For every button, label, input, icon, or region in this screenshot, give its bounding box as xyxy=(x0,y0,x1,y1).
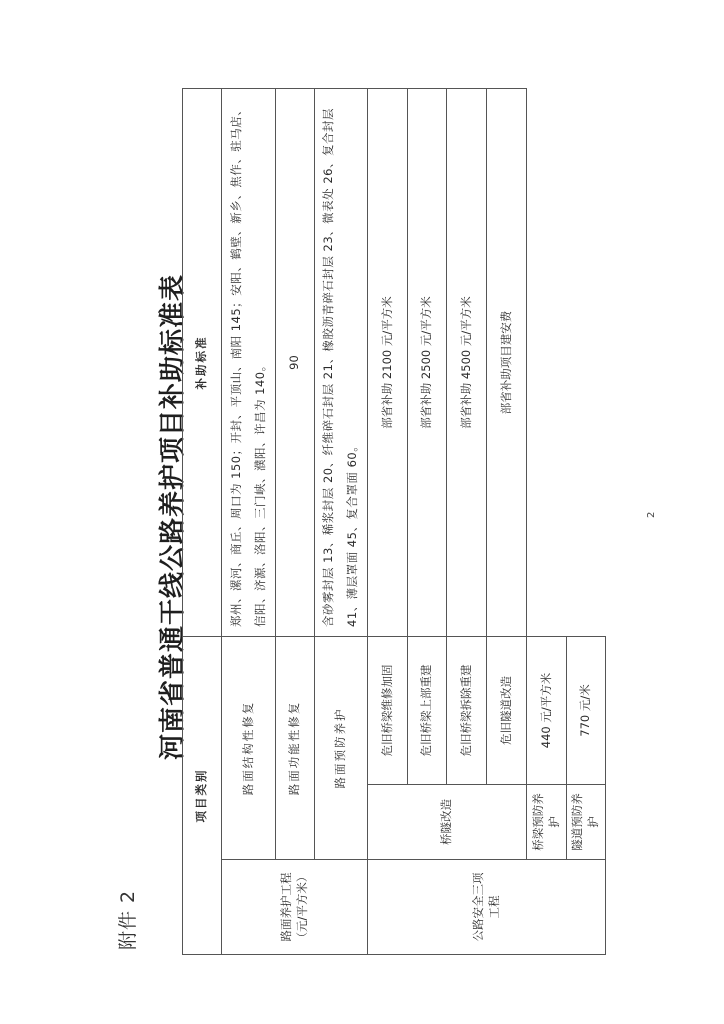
table-row: 路面养护工程 （元/平方米） 路面结构性修复 郑州、漯河、商丘、周口为 150；… xyxy=(222,88,276,954)
item-cell: 桥梁预防养护 xyxy=(527,785,567,860)
table-row: 公路安全三项 工程 桥隧改造 危旧桥梁维修加固 部省补助 2100 元/平方米 xyxy=(368,88,408,954)
standard-cell: 770 元/米 xyxy=(567,636,606,784)
item-cell: 隧道预防养护 xyxy=(567,785,606,860)
standard-cell: 部省补助项目建安费 xyxy=(487,88,527,636)
table-row: 路面功能性修复 90 xyxy=(276,88,315,954)
subsidy-standard-table: 项目类别 补助标准 路面养护工程 （元/平方米） 路面结构性修复 郑州、漯河、商… xyxy=(182,89,605,955)
standard-cell: 郑州、漯河、商丘、周口为 150；开封、平顶山、南阳 145；安阳、鹤壁、新乡、… xyxy=(222,88,276,636)
standard-cell: 含砂雾封层 13、稀浆封层 20、纤维碎石封层 21、橡胶沥青碎石封层 23、微… xyxy=(315,88,368,636)
item-cell: 危旧桥梁维修加固 xyxy=(368,636,408,784)
table-row: 隧道预防养护 770 元/米 xyxy=(567,88,606,954)
category-safety-line2: 工程 xyxy=(487,866,503,948)
table-row: 桥梁预防养护 440 元/平方米 xyxy=(527,88,567,954)
category-pavement-line2: （元/平方米） xyxy=(295,866,311,948)
category-pavement-line1: 路面养护工程 xyxy=(279,866,295,948)
item-cell: 危旧桥梁上部重建 xyxy=(408,636,447,784)
category-pavement: 路面养护工程 （元/平方米） xyxy=(222,860,368,955)
page-number: 2 xyxy=(646,498,660,518)
item-cell: 路面结构性修复 xyxy=(222,636,276,859)
category-safety: 公路安全三项 工程 xyxy=(368,860,606,955)
standard-cell: 440 元/平方米 xyxy=(527,636,567,784)
standard-cell: 部省补助 4500 元/平方米 xyxy=(447,88,487,636)
item-cell: 路面预防养护 xyxy=(315,636,368,859)
category-safety-line1: 公路安全三项 xyxy=(471,866,487,948)
table-header-row: 项目类别 补助标准 xyxy=(183,88,222,954)
attachment-label: 附件 2 xyxy=(113,870,143,950)
item-cell: 路面功能性修复 xyxy=(276,636,315,859)
header-category: 项目类别 xyxy=(183,636,222,954)
standard-cell: 90 xyxy=(276,88,315,636)
item-cell: 危旧隧道改造 xyxy=(487,636,527,784)
table-row: 路面预防养护 含砂雾封层 13、稀浆封层 20、纤维碎石封层 21、橡胶沥青碎石… xyxy=(315,88,368,954)
item-cell: 危旧桥梁拆除重建 xyxy=(447,636,487,784)
standard-cell: 部省补助 2500 元/平方米 xyxy=(408,88,447,636)
standard-cell: 部省补助 2100 元/平方米 xyxy=(368,88,408,636)
header-standard: 补助标准 xyxy=(183,88,222,636)
subcategory-bridge-tunnel: 桥隧改造 xyxy=(368,785,527,860)
